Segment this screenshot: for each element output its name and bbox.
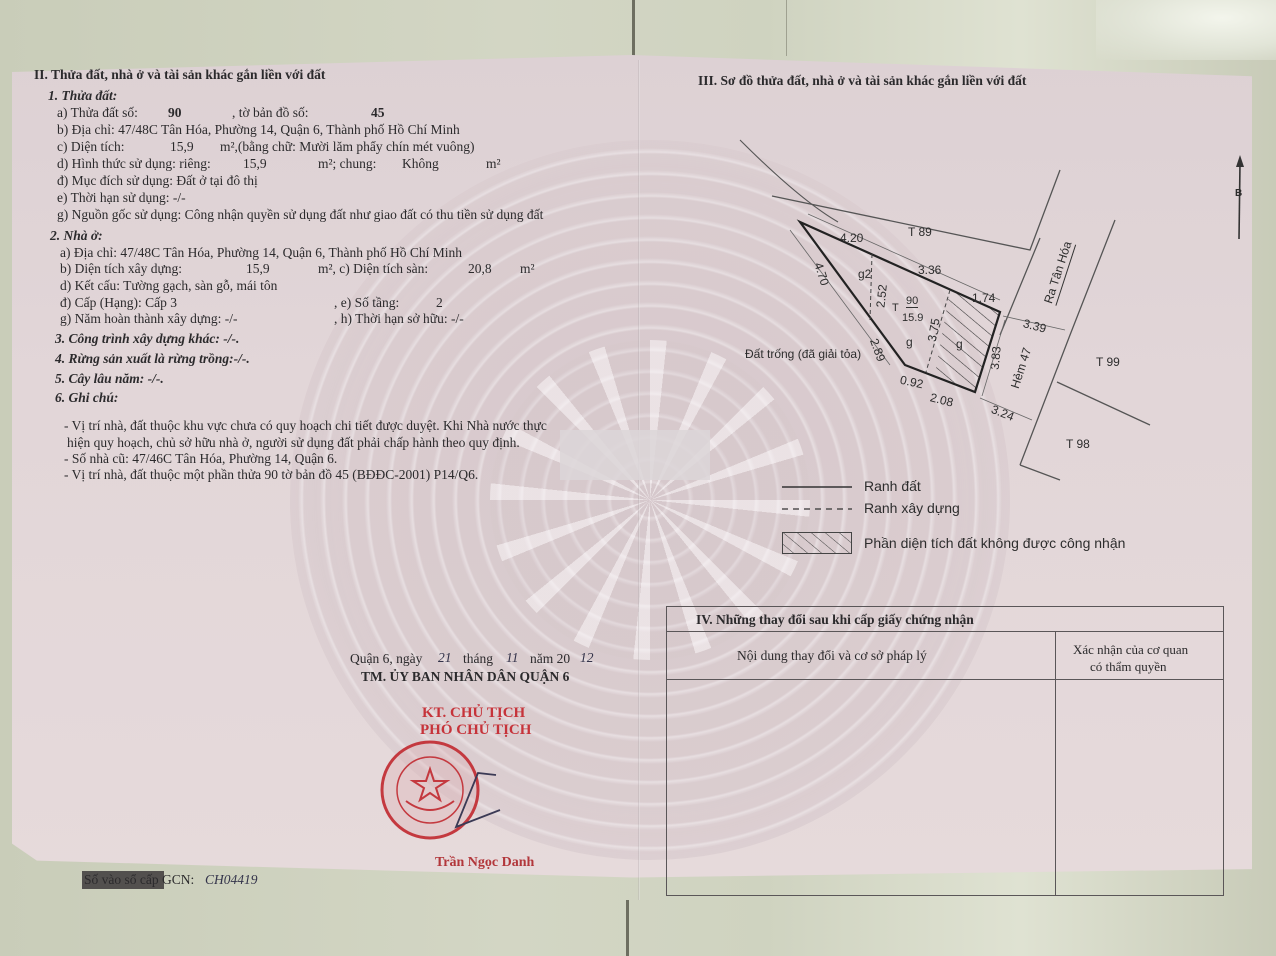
dim-4-20: 4.20 <box>840 230 863 246</box>
col-change-content: Nội dung thay đổi và cơ sở pháp lý <box>737 648 927 664</box>
label-g-right: g <box>956 336 963 352</box>
plot-number: 90 <box>906 295 918 308</box>
col-authority-line2: có thẩm quyền <box>1090 659 1167 675</box>
section-4-title: IV. Những thay đổi sau khi cấp giấy chứn… <box>696 612 974 628</box>
plot-area: 15.9 <box>902 310 923 326</box>
neighbor-t89: T 89 <box>908 224 932 240</box>
dim-1-74: 1.74 <box>972 290 995 306</box>
neighbor-t98: T 98 <box>1066 436 1090 452</box>
dim-2-52: 2.52 <box>873 284 891 309</box>
dim-3-36: 3.36 <box>918 262 941 278</box>
dim-3-83: 3.83 <box>987 346 1005 371</box>
neighbor-t99: T 99 <box>1096 354 1120 370</box>
legend-label: Phần diện tích đất không được công nhận <box>864 535 1125 551</box>
hatched-box-symbol <box>782 532 852 554</box>
label-g-left: g <box>906 334 913 350</box>
legend-label: Ranh đất <box>864 478 921 494</box>
solid-line-symbol <box>782 484 852 490</box>
vacant-land-label: Đất trống (đã giải tỏa) <box>745 346 861 362</box>
legend-label: Ranh xây dựng <box>864 500 960 516</box>
label-g2: g2 <box>858 266 871 282</box>
col-authority-line1: Xác nhận của cơ quan <box>1073 642 1188 658</box>
dashed-line-symbol <box>782 506 852 512</box>
plot-prefix: T <box>892 300 899 316</box>
